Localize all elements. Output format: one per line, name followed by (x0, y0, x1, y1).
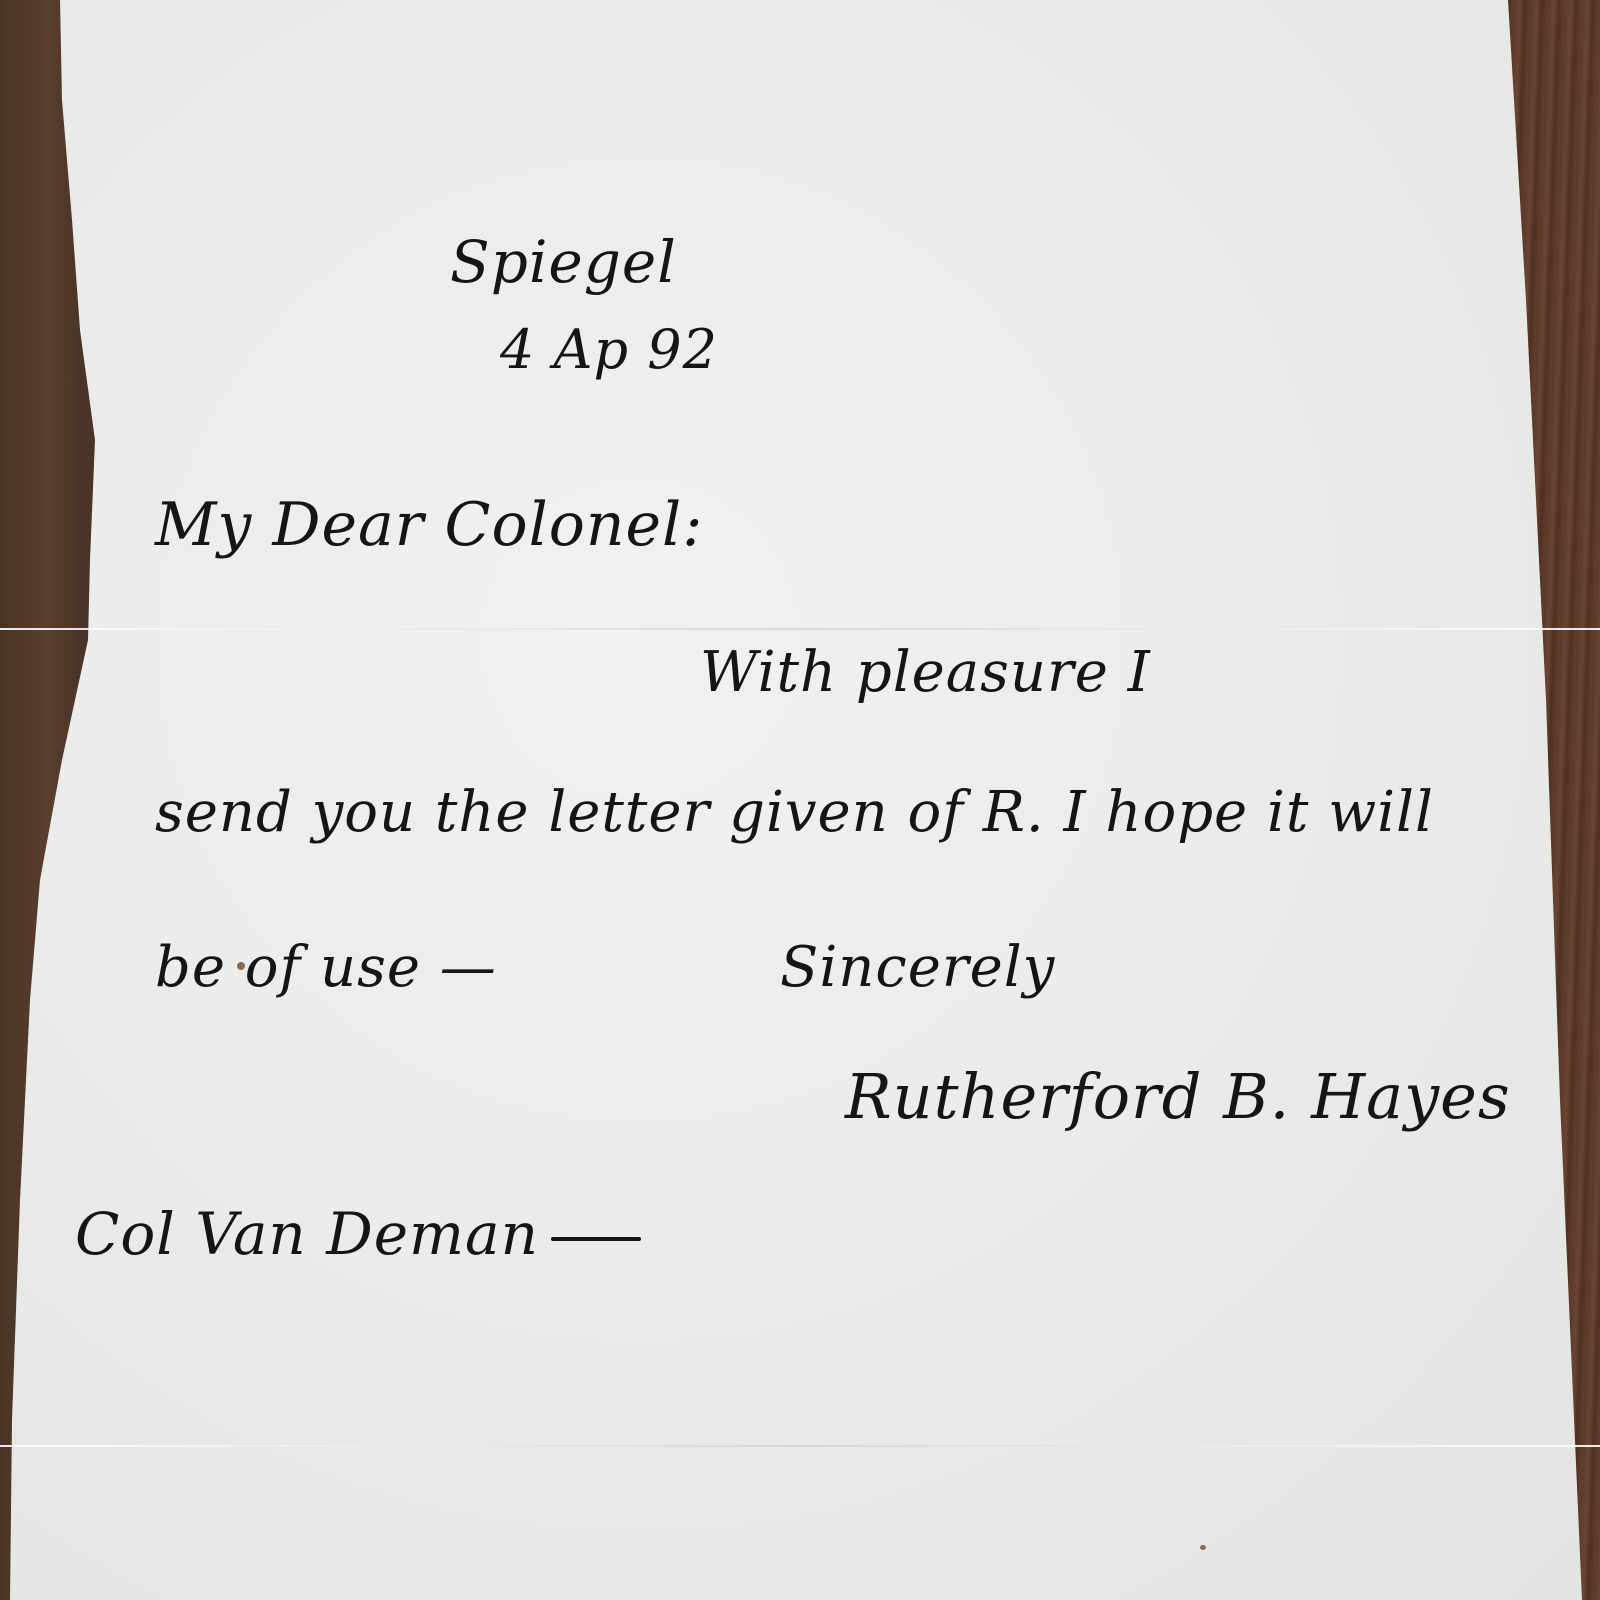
letter-date: 4 Ap 92 (500, 318, 718, 381)
letter-body-line: be of use — (155, 935, 497, 1000)
flourish-line (551, 1237, 641, 1241)
letter-body-text: be of use — (155, 935, 497, 1000)
letter-body-line: send you the letter given of R. I hope i… (155, 780, 1434, 845)
addressee-text: Col Van Deman (75, 1200, 539, 1268)
letter-body-line: With pleasure I (700, 640, 1151, 705)
letter-salutation: My Dear Colonel: (155, 490, 703, 560)
letter-addressee: Col Van Deman (75, 1200, 641, 1268)
paper-fold-line (0, 628, 1600, 630)
paper-fold-line (0, 1445, 1600, 1447)
letter-place: Spiegel (450, 228, 677, 296)
letter-closing: Sincerely (780, 935, 1055, 1000)
letter-signature: Rutherford B. Hayes (845, 1060, 1511, 1133)
ink-spot (1200, 1545, 1206, 1550)
